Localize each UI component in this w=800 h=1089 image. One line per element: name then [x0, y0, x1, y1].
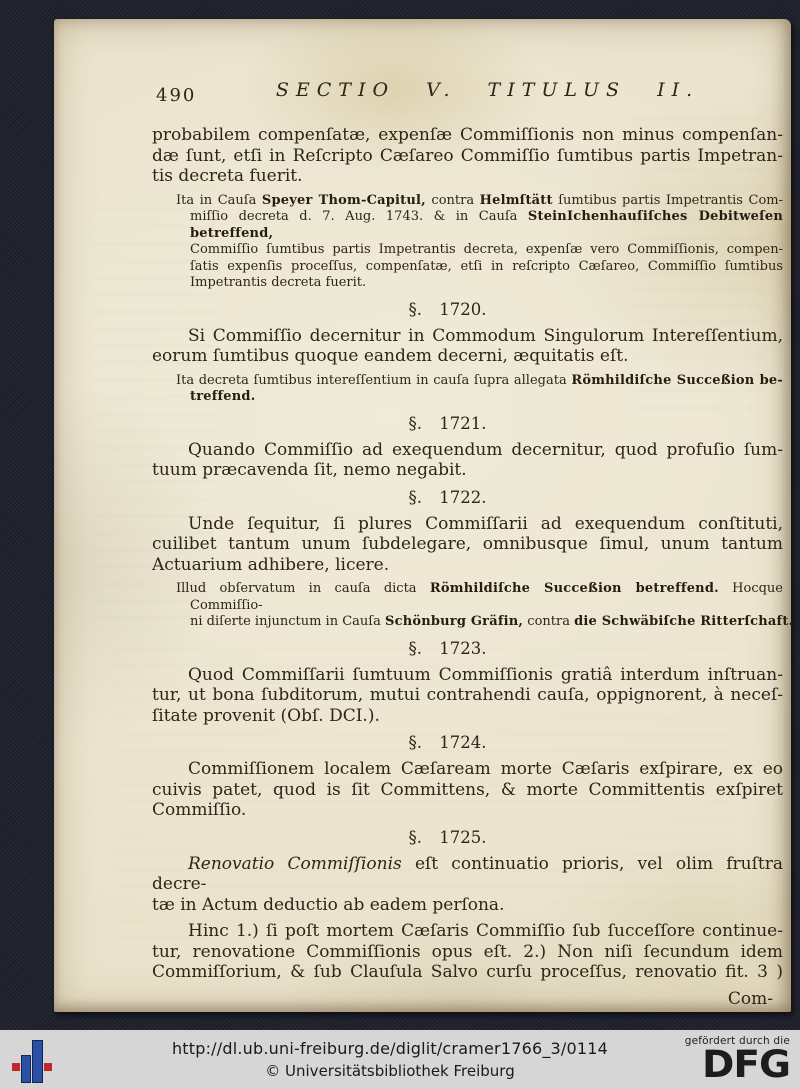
text-line: treffend.	[190, 389, 783, 406]
text-line: dæ ſunt, etſi in Reſcripto Cæſareo Commi…	[152, 146, 783, 167]
text-line: tis decreta fuerit.	[152, 166, 783, 187]
text-segment: Helmſtätt	[480, 193, 553, 208]
text-segment: ſumtibus partis Impetrantis Com-	[553, 193, 783, 208]
copyright-notice: © Universitätsbibliothek Freiburg	[130, 1062, 650, 1080]
section-heading: §. 1724.	[152, 733, 783, 753]
text-line: Commiſſionem localem Cæſaream morte Cæſa…	[152, 759, 783, 780]
paragraph: Quod Commiſſarii ſumtuum Commiſſionis gr…	[152, 665, 783, 727]
text-segment: tuum præcavenda ſit, nemo negabit.	[152, 460, 467, 480]
text-segment: Speyer Thom-Capitul,	[262, 193, 426, 208]
text-segment: Commiſſio ſumtibus partis Impetrantis de…	[190, 242, 783, 257]
text-segment: miſſio decreta d. 7. Aug. 1743. & in Cau…	[190, 209, 528, 224]
text-line: Actuarium adhibere, licere.	[152, 555, 783, 576]
section-heading: §. 1721.	[152, 414, 783, 434]
text-segment: Römhildiſche Succeßion be-	[571, 373, 783, 388]
logo-blue-bar	[21, 1055, 31, 1083]
paragraph: Si Commiſſio decernitur in Commodum Sing…	[152, 326, 783, 367]
text-segment: Römhildiſche Succeßion betreffend.	[430, 581, 719, 596]
catchword: Com-	[152, 989, 773, 1009]
running-title: SECTIO V. TITULUS II.	[152, 79, 783, 101]
text-segment: eorum ſumtibus quoque eandem decerni, æq…	[152, 346, 629, 366]
text-segment: contra	[523, 614, 574, 629]
text-line: eorum ſumtibus quoque eandem decerni, æq…	[152, 346, 783, 367]
text-segment: Hinc 1.) ſi poſt mortem Cæſaris Commiſſi…	[188, 921, 783, 941]
text-segment: Unde ſequitur, ſi plures Commiſſarii ad …	[188, 514, 783, 534]
text-line: Impetrantis decreta fuerit.	[190, 275, 783, 292]
text-line: Si Commiſſio decernitur in Commodum Sing…	[152, 326, 783, 347]
text-segment: Ita in Cauſa	[176, 193, 262, 208]
text-segment: Impetrantis decreta fuerit.	[190, 275, 366, 290]
paragraph: Unde ſequitur, ſi plures Commiſſarii ad …	[152, 514, 783, 576]
text-line: cuivis patet, quod is ſit Committens, & …	[152, 780, 783, 801]
text-segment: treffend.	[190, 389, 255, 404]
text-line: miſſio decreta d. 7. Aug. 1743. & in Cau…	[190, 209, 783, 242]
paragraph: Renovatio Commiſſionis eſt continuatio p…	[152, 854, 783, 916]
text-line: tur, renovatione Commiſſionis opus eſt. …	[152, 942, 783, 963]
text-segment: tur, ut bona ſubditorum, mutui contrahen…	[152, 685, 783, 705]
text-segment: Commiſſionem localem Cæſaream morte Cæſa…	[188, 759, 783, 779]
text-segment: tis decreta fuerit.	[152, 166, 303, 186]
text-segment: Renovatio Commiſſionis	[188, 854, 402, 874]
text-line: Ita in Cauſa Speyer Thom-Capitul, contra…	[190, 193, 783, 210]
text-segment: Ita decreta ſumtibus intereſſentium in c…	[176, 373, 571, 388]
text-segment: Quod Commiſſarii ſumtuum Commiſſionis gr…	[188, 665, 783, 685]
footnote: Illud obſervatum in cauſa dicta Römhildi…	[190, 581, 783, 631]
text-segment: Actuarium adhibere, licere.	[152, 555, 389, 575]
text-segment: Schönburg Gräfin,	[385, 614, 523, 629]
text-line: Ita decreta ſumtibus intereſſentium in c…	[190, 373, 783, 390]
text-line: tur, ut bona ſubditorum, mutui contrahen…	[152, 685, 783, 706]
text-line: Hinc 1.) ſi poſt mortem Cæſaris Commiſſi…	[152, 921, 783, 942]
text-segment: ni diſerte injunctum in Cauſa	[190, 614, 385, 629]
dfg-logo-block: gefördert durch die DFG	[685, 1035, 790, 1085]
text-line: ni diſerte injunctum in Cauſa Schönburg …	[190, 614, 783, 631]
text-line: Quod Commiſſarii ſumtuum Commiſſionis gr…	[152, 665, 783, 686]
text-line: tæ in Actum deductio ab eadem perſona.	[152, 895, 783, 916]
viewer-footer: http://dl.ub.uni-freiburg.de/diglit/cram…	[0, 1030, 800, 1089]
footer-center: http://dl.ub.uni-freiburg.de/diglit/cram…	[130, 1039, 650, 1080]
section-heading: §. 1720.	[152, 300, 783, 320]
text-segment: ſitate provenit (Obſ. DCI.).	[152, 706, 380, 726]
paragraph: probabilem compenſatæ, expenſæ Commiſſio…	[152, 125, 783, 187]
paragraph: Quando Commiſſio ad exequendum decernitu…	[152, 440, 783, 481]
section-heading: §. 1725.	[152, 828, 783, 848]
text-line: Commiſſio.	[152, 800, 783, 821]
section-heading: §. 1722.	[152, 488, 783, 508]
section-heading: §. 1723.	[152, 639, 783, 659]
ub-freiburg-logo-icon	[12, 1040, 53, 1084]
text-line: ſitate provenit (Obſ. DCI.).	[152, 706, 783, 727]
text-segment: probabilem compenſatæ, expenſæ Commiſſio…	[152, 125, 783, 145]
footnote: Ita in Cauſa Speyer Thom-Capitul, contra…	[190, 193, 783, 292]
text-segment: die Schwäbiſche Ritterſchaft.	[574, 614, 793, 629]
text-segment: contra	[426, 193, 480, 208]
logo-red-square	[44, 1063, 52, 1071]
text-line: Renovatio Commiſſionis eſt continuatio p…	[152, 854, 783, 895]
page-header: 490 SECTIO V. TITULUS II.	[152, 79, 783, 113]
text-line: probabilem compenſatæ, expenſæ Commiſſio…	[152, 125, 783, 146]
logo-blue-bar	[32, 1040, 43, 1083]
paragraph: Hinc 1.) ſi poſt mortem Cæſaris Commiſſi…	[152, 921, 783, 983]
text-segment: cuivis patet, quod is ſit Committens, & …	[152, 780, 783, 800]
text-segment: Si Commiſſio decernitur in Commodum Sing…	[188, 326, 783, 346]
text-column: 490 SECTIO V. TITULUS II. probabilem com…	[152, 79, 783, 1009]
source-url[interactable]: http://dl.ub.uni-freiburg.de/diglit/cram…	[130, 1039, 650, 1058]
text-segment: Commiſſio.	[152, 800, 246, 820]
text-segment: cuilibet tantum unum ſubdelegare, omnibu…	[152, 534, 783, 554]
text-segment: Illud obſervatum in cauſa dicta	[176, 581, 430, 596]
logo-red-square	[12, 1063, 20, 1071]
book-page: 490 SECTIO V. TITULUS II. probabilem com…	[54, 19, 791, 1012]
text-line: Commiſſio ſumtibus partis Impetrantis de…	[190, 242, 783, 259]
page-number: 490	[156, 85, 196, 106]
text-line: Commiſſorium, & ſub Clauſula Salvo curſu…	[152, 962, 783, 983]
text-line: ſatis expenſis proceſſus, compenſatæ, et…	[190, 259, 783, 276]
text-segment: Commiſſorium, & ſub Clauſula Salvo curſu…	[152, 962, 783, 982]
text-line: cuilibet tantum unum ſubdelegare, omnibu…	[152, 534, 783, 555]
text-segment: Quando Commiſſio ad exequendum decernitu…	[188, 440, 783, 460]
text-line: Quando Commiſſio ad exequendum decernitu…	[152, 440, 783, 461]
text-segment: dæ ſunt, etſi in Reſcripto Cæſareo Commi…	[152, 146, 783, 166]
dfg-logo-icon: DFG	[685, 1047, 790, 1083]
scan-background: 490 SECTIO V. TITULUS II. probabilem com…	[0, 0, 800, 1089]
text-segment: tæ in Actum deductio ab eadem perſona.	[152, 895, 504, 915]
paragraph: Commiſſionem localem Cæſaream morte Cæſa…	[152, 759, 783, 821]
text-segment: ſatis expenſis proceſſus, compenſatæ, et…	[190, 259, 783, 274]
text-line: Unde ſequitur, ſi plures Commiſſarii ad …	[152, 514, 783, 535]
text-line: Illud obſervatum in cauſa dicta Römhildi…	[190, 581, 783, 614]
text-segment: tur, renovatione Commiſſionis opus eſt. …	[152, 942, 783, 962]
footnote: Ita decreta ſumtibus intereſſentium in c…	[190, 373, 783, 406]
text-line: tuum præcavenda ſit, nemo negabit.	[152, 460, 783, 481]
